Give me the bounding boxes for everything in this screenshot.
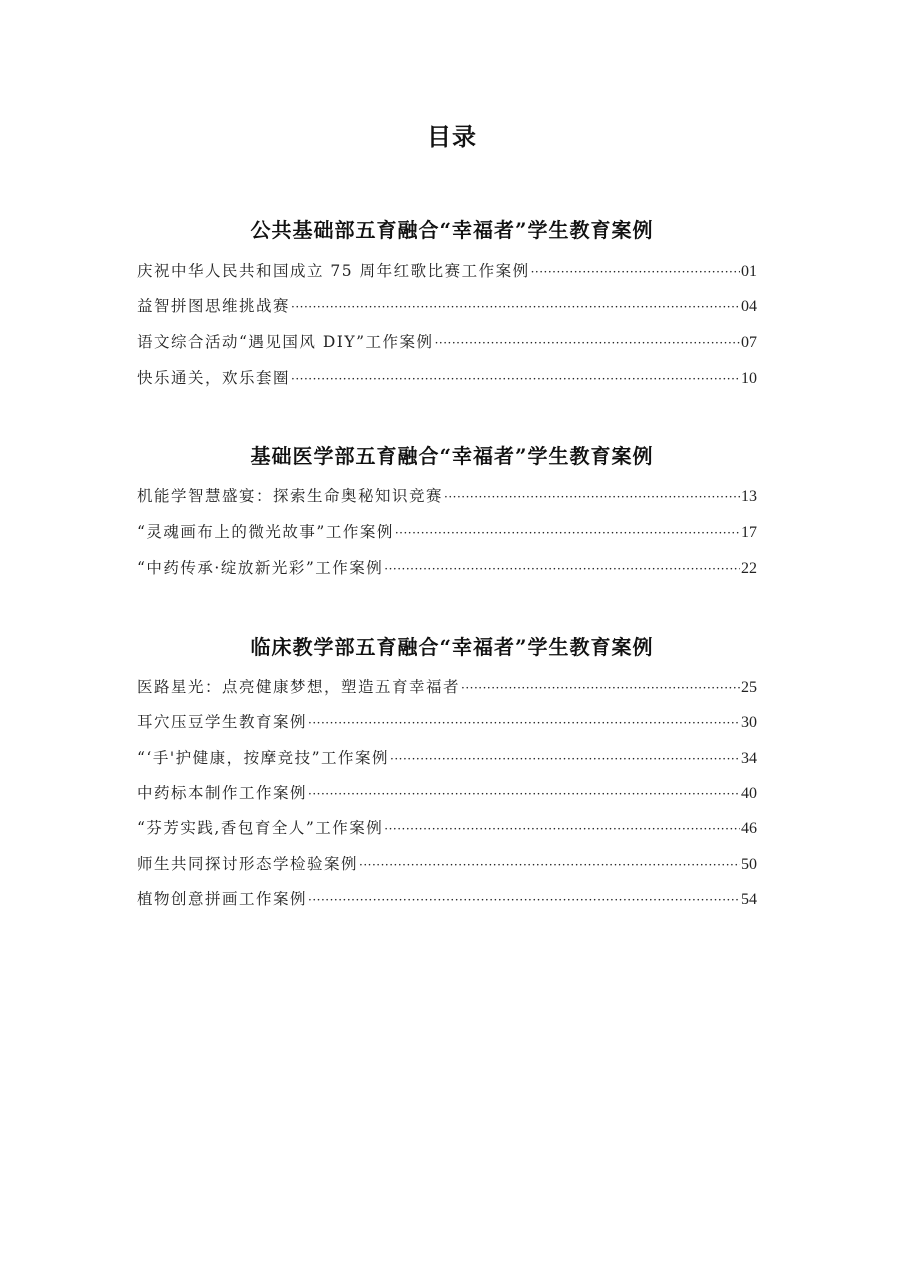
toc-entry[interactable]: 机能学智慧盛宴：探索生命奥秘知识竞赛 13 [137,484,757,508]
dot-leader [291,300,740,314]
toc-entry-page: 46 [741,820,757,838]
toc-entry-title: 耳穴压豆学生教育案例 [137,710,307,732]
dot-leader [435,336,740,350]
section-heading-basic-medicine: 基础医学部五育融合“幸福者”学生教育案例 [0,440,904,469]
toc-entry[interactable]: 师生共同探讨形态学检验案例 50 [137,852,757,876]
dot-leader [359,858,740,872]
toc-entry[interactable]: “芬芳实践,香包育全人”工作案例 46 [137,816,757,840]
toc-entry-page: 01 [741,263,757,281]
dot-leader [384,562,740,576]
toc-entry-title: 机能学智慧盛宴：探索生命奥秘知识竞赛 [137,484,443,506]
dot-leader [461,681,740,695]
toc-entry[interactable]: 植物创意拼画工作案例 54 [137,887,757,911]
dot-leader [531,265,740,279]
toc-entry-title: 植物创意拼画工作案例 [137,887,307,909]
toc-entry-page: 04 [741,298,757,316]
toc-entry-page: 30 [741,714,757,732]
toc-entry-title: 语文综合活动“遇见国风 DIY”工作案例 [137,330,434,352]
section-heading-public-foundation: 公共基础部五育融合“幸福者”学生教育案例 [0,214,904,243]
toc-entry[interactable]: “中药传承·绽放新光彩”工作案例 22 [137,556,757,580]
toc-entry[interactable]: 语文综合活动“遇见国风 DIY”工作案例 07 [137,330,757,354]
toc-entry-title: 师生共同探讨形态学检验案例 [137,852,358,874]
dot-leader [395,526,740,540]
toc-entry-title: 快乐通关，欢乐套圈 [137,366,290,388]
document-page: 目录 公共基础部五育融合“幸福者”学生教育案例 庆祝中华人民共和国成立 75 周… [0,0,904,1280]
dot-leader [308,787,740,801]
toc-entry[interactable]: “‘手'护健康，按摩竞技”工作案例 34 [137,746,757,770]
toc-entry[interactable]: 中药标本制作工作案例 40 [137,781,757,805]
toc-entry-page: 07 [741,334,757,352]
toc-entry-title: 庆祝中华人民共和国成立 75 周年红歌比赛工作案例 [137,259,530,281]
toc-entry[interactable]: 益智拼图思维挑战赛 04 [137,294,757,318]
toc-entry-page: 40 [741,785,757,803]
page-title: 目录 [0,117,904,152]
toc-entry-title: 医路星光：点亮健康梦想，塑造五育幸福者 [137,675,460,697]
toc-entry-page: 17 [741,524,757,542]
dot-leader [308,893,740,907]
toc-entry-page: 50 [741,856,757,874]
toc-entry[interactable]: 快乐通关，欢乐套圈 10 [137,366,757,390]
toc-entry-page: 22 [741,560,757,578]
toc-entry-page: 34 [741,750,757,768]
toc-entry-page: 13 [741,488,757,506]
toc-entry-title: “芬芳实践,香包育全人”工作案例 [137,816,383,838]
toc-entry-title: 中药标本制作工作案例 [137,781,307,803]
toc-entry-page: 10 [741,370,757,388]
dot-leader [444,490,740,504]
toc-entry-title: “‘手'护健康，按摩竞技”工作案例 [137,746,389,768]
dot-leader [291,372,740,386]
toc-entry[interactable]: 庆祝中华人民共和国成立 75 周年红歌比赛工作案例 01 [137,259,757,283]
dot-leader [308,716,740,730]
toc-entry-title: “中药传承·绽放新光彩”工作案例 [137,556,383,578]
toc-entry[interactable]: “灵魂画布上的微光故事”工作案例 17 [137,520,757,544]
toc-entry[interactable]: 耳穴压豆学生教育案例 30 [137,710,757,734]
toc-entry-title: “灵魂画布上的微光故事”工作案例 [137,520,394,542]
toc-entry[interactable]: 医路星光：点亮健康梦想，塑造五育幸福者 25 [137,675,757,699]
dot-leader [384,822,740,836]
toc-entry-page: 54 [741,891,757,909]
toc-entry-title: 益智拼图思维挑战赛 [137,294,290,316]
dot-leader [390,752,740,766]
section-heading-clinical-teaching: 临床教学部五育融合“幸福者”学生教育案例 [0,631,904,660]
toc-entry-page: 25 [741,679,757,697]
